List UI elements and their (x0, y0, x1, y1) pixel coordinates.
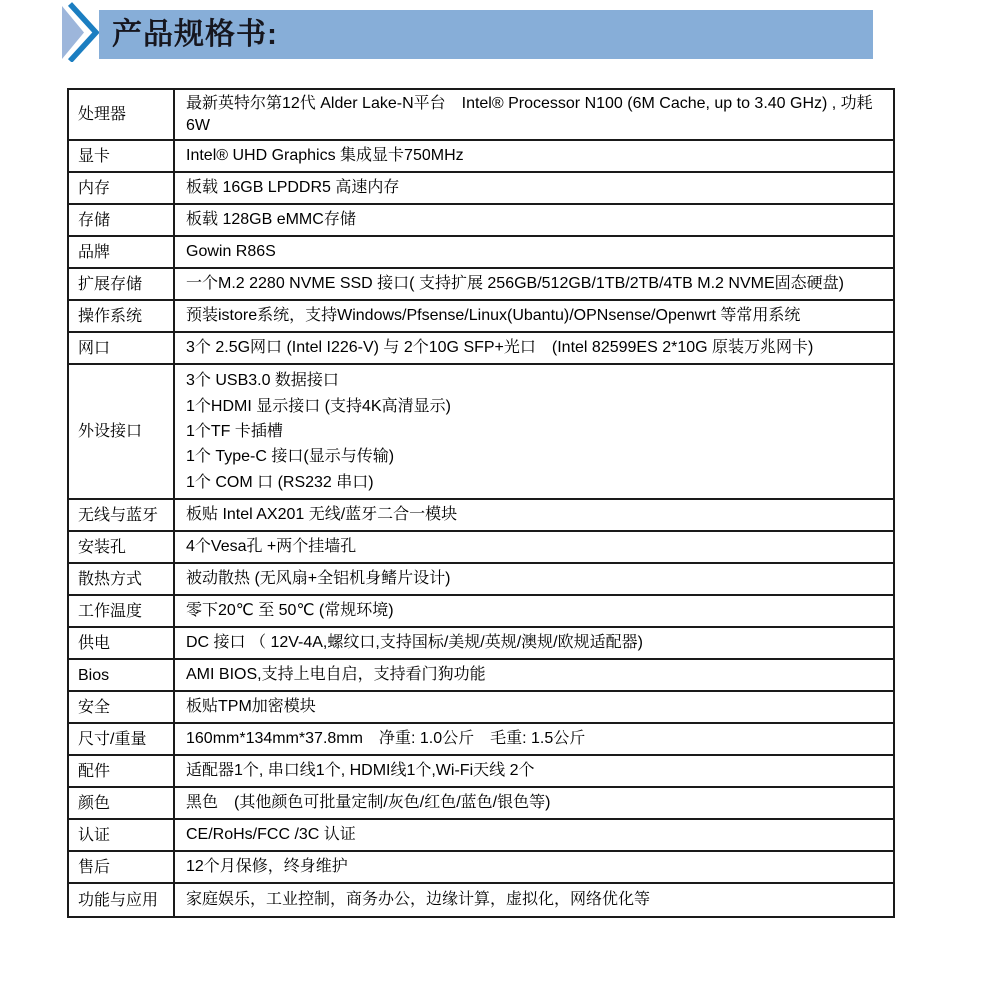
spec-value: 一个M.2 2280 NVME SSD 接口( 支持扩展 256GB/512GB… (175, 269, 893, 299)
table-row: 外设接口3个 USB3.0 数据接口 1个HDMI 显示接口 (支持4K高清显示… (69, 365, 893, 500)
spec-value: 4个Vesa孔 +两个挂墙孔 (175, 532, 893, 562)
table-row: 安装孔4个Vesa孔 +两个挂墙孔 (69, 532, 893, 564)
spec-label: 安装孔 (69, 532, 175, 562)
table-row: BiosAMI BIOS,支持上电自启，支持看门狗功能 (69, 660, 893, 692)
table-row: 网口3个 2.5G网口 (Intel I226-V) 与 2个10G SFP+光… (69, 333, 893, 365)
spec-value: 3个 2.5G网口 (Intel I226-V) 与 2个10G SFP+光口 … (175, 333, 893, 363)
spec-value: 板贴TPM加密模块 (175, 692, 893, 722)
spec-label: 内存 (69, 173, 175, 203)
title-banner: 产品规格书: (99, 10, 873, 59)
spec-value: 12个月保修，终身维护 (175, 852, 893, 882)
table-row: 内存板载 16GB LPDDR5 高速内存 (69, 173, 893, 205)
spec-value: DC 接口 （ 12V-4A,螺纹口,支持国标/美规/英规/澳规/欧规适配器) (175, 628, 893, 658)
spec-table: 处理器最新英特尔第12代 Alder Lake-N平台 Intel® Proce… (67, 88, 895, 918)
chevron-right-icon (60, 2, 100, 62)
spec-value: Intel® UHD Graphics 集成显卡750MHz (175, 141, 893, 171)
table-row: 处理器最新英特尔第12代 Alder Lake-N平台 Intel® Proce… (69, 90, 893, 141)
spec-value: CE/RoHs/FCC /3C 认证 (175, 820, 893, 850)
spec-label: 售后 (69, 852, 175, 882)
spec-label: 安全 (69, 692, 175, 722)
spec-value: 被动散热 (无风扇+全铝机身鳍片设计) (175, 564, 893, 594)
spec-value: 适配器1个, 串口线1个, HDMI线1个,Wi-Fi天线 2个 (175, 756, 893, 786)
spec-label: Bios (69, 660, 175, 690)
spec-label: 扩展存储 (69, 269, 175, 299)
table-row: 散热方式被动散热 (无风扇+全铝机身鳍片设计) (69, 564, 893, 596)
table-row: 供电DC 接口 （ 12V-4A,螺纹口,支持国标/美规/英规/澳规/欧规适配器… (69, 628, 893, 660)
spec-value: 3个 USB3.0 数据接口 1个HDMI 显示接口 (支持4K高清显示) 1个… (175, 365, 893, 498)
table-row: 操作系统预装istore系统，支持Windows/Pfsense/Linux(U… (69, 301, 893, 333)
table-row: 安全板贴TPM加密模块 (69, 692, 893, 724)
spec-label: 供电 (69, 628, 175, 658)
spec-label: 配件 (69, 756, 175, 786)
spec-label: 存储 (69, 205, 175, 235)
table-row: 工作温度零下20℃ 至 50℃ (常规环境) (69, 596, 893, 628)
spec-label: 无线与蓝牙 (69, 500, 175, 530)
spec-value: 板贴 Intel AX201 无线/蓝牙二合一模块 (175, 500, 893, 530)
spec-value: Gowin R86S (175, 237, 893, 267)
table-row: 品牌Gowin R86S (69, 237, 893, 269)
table-row: 显卡Intel® UHD Graphics 集成显卡750MHz (69, 141, 893, 173)
spec-value: 最新英特尔第12代 Alder Lake-N平台 Intel® Processo… (175, 90, 893, 139)
table-row: 功能与应用家庭娱乐，工业控制，商务办公，边缘计算，虚拟化，网络优化等 (69, 884, 893, 916)
spec-label: 网口 (69, 333, 175, 363)
spec-value: 板载 16GB LPDDR5 高速内存 (175, 173, 893, 203)
spec-label: 外设接口 (69, 365, 175, 498)
spec-value: 零下20℃ 至 50℃ (常规环境) (175, 596, 893, 626)
spec-label: 散热方式 (69, 564, 175, 594)
spec-label: 认证 (69, 820, 175, 850)
spec-label: 品牌 (69, 237, 175, 267)
spec-label: 尺寸/重量 (69, 724, 175, 754)
spec-value: 预装istore系统，支持Windows/Pfsense/Linux(Ubant… (175, 301, 893, 331)
table-row: 认证CE/RoHs/FCC /3C 认证 (69, 820, 893, 852)
spec-label: 显卡 (69, 141, 175, 171)
table-row: 扩展存储一个M.2 2280 NVME SSD 接口( 支持扩展 256GB/5… (69, 269, 893, 301)
table-row: 存储板载 128GB eMMC存储 (69, 205, 893, 237)
spec-value: 家庭娱乐，工业控制，商务办公，边缘计算，虚拟化，网络优化等 (175, 884, 893, 916)
spec-label: 功能与应用 (69, 884, 175, 916)
spec-sheet-page: 产品规格书: 处理器最新英特尔第12代 Alder Lake-N平台 Intel… (0, 0, 1000, 983)
spec-label: 颜色 (69, 788, 175, 818)
spec-label: 工作温度 (69, 596, 175, 626)
table-row: 尺寸/重量160mm*134mm*37.8mm 净重: 1.0公斤 毛重: 1.… (69, 724, 893, 756)
spec-value: 160mm*134mm*37.8mm 净重: 1.0公斤 毛重: 1.5公斤 (175, 724, 893, 754)
table-row: 配件适配器1个, 串口线1个, HDMI线1个,Wi-Fi天线 2个 (69, 756, 893, 788)
table-row: 颜色黑色 (其他颜色可批量定制/灰色/红色/蓝色/银色等) (69, 788, 893, 820)
spec-value: AMI BIOS,支持上电自启，支持看门狗功能 (175, 660, 893, 690)
page-title: 产品规格书: (99, 20, 278, 50)
spec-label: 操作系统 (69, 301, 175, 331)
spec-value: 板载 128GB eMMC存储 (175, 205, 893, 235)
spec-label: 处理器 (69, 90, 175, 139)
table-row: 售后12个月保修，终身维护 (69, 852, 893, 884)
table-row: 无线与蓝牙板贴 Intel AX201 无线/蓝牙二合一模块 (69, 500, 893, 532)
spec-value: 黑色 (其他颜色可批量定制/灰色/红色/蓝色/银色等) (175, 788, 893, 818)
